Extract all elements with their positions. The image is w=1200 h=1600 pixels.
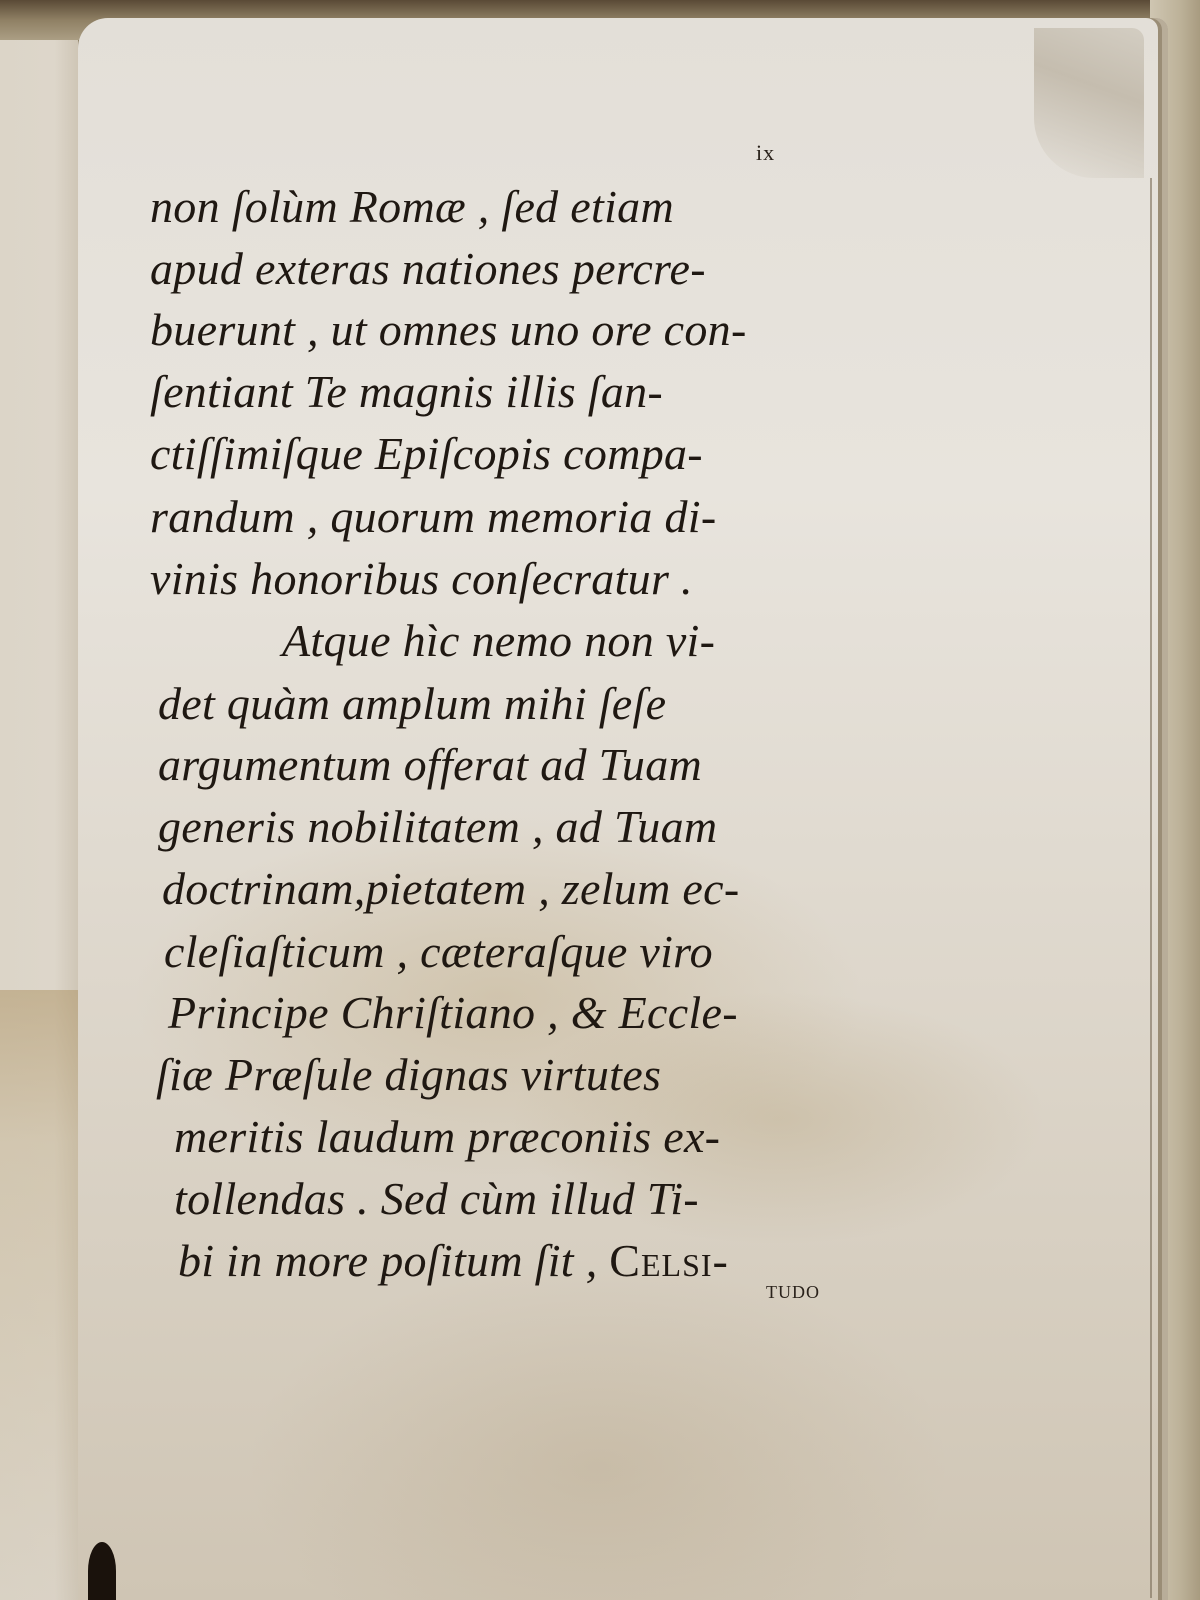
- text-line-16: meritis laudum præconiis ex-: [174, 1110, 720, 1163]
- text-line-7: vinis honoribus conſecratur .: [150, 552, 693, 605]
- text-line-11: generis nobilitatem , ad Tuam: [158, 800, 717, 853]
- text-line-4: ſentiant Te magnis illis ſan-: [150, 365, 663, 418]
- text-line-6: randum , quorum memoria di-: [150, 490, 716, 543]
- page-edge: [1150, 178, 1152, 1598]
- water-stain-left: [0, 990, 78, 1600]
- text-line-9: det quàm amplum mihi ſeſe: [158, 677, 666, 730]
- text-line-17: tollendas . Sed cùm illud Ti-: [174, 1172, 699, 1225]
- page-number: ix: [756, 140, 775, 166]
- text-line-3: buerunt , ut omnes uno ore con-: [150, 303, 747, 356]
- text-line-12: doctrinam,pietatem , zelum ec-: [162, 862, 739, 915]
- text-line-1: non ſolùm Romæ , ſed etiam: [150, 180, 674, 233]
- text-line-13: cleſiaſticum , cæteraſque viro: [164, 925, 713, 978]
- text-line-18-body: bi in more poſitum ſit ,: [178, 1235, 609, 1286]
- text-line-2: apud exteras nationes percre-: [150, 242, 706, 295]
- text-line-10: argumentum offerat ad Tuam: [158, 738, 702, 791]
- text-line-14: Principe Chriſtiano , & Eccle-: [168, 986, 738, 1039]
- text-line-15: ſiæ Præſule dignas virtutes: [156, 1048, 661, 1101]
- text-line-18: bi in more poſitum ſit , Celsi-: [178, 1234, 729, 1287]
- catchword: TUDO: [766, 1282, 820, 1303]
- text-line-8-paragraph-start: Atque hìc nemo non vi-: [282, 614, 715, 667]
- text-line-5: ctiſſimiſque Epiſcopis compa-: [150, 427, 703, 480]
- binding-gap: [88, 1542, 116, 1600]
- celsi-smallcaps: Celsi-: [609, 1235, 729, 1286]
- folded-corner: [1034, 28, 1144, 178]
